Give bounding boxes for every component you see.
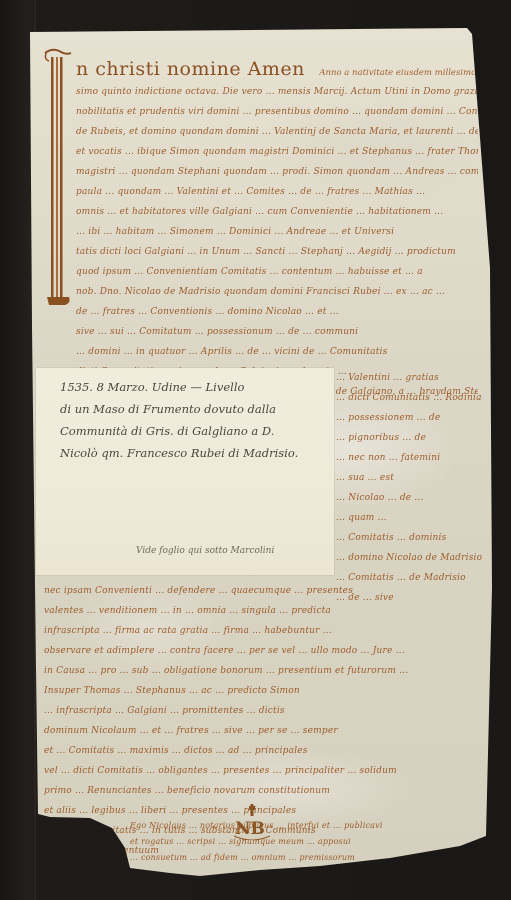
signum-monogram: NB — [235, 819, 265, 839]
manuscript-line: ... dicti Comunitatis ... Rodinia — [336, 388, 482, 408]
manuscript-line: nec ipsam Convenienti ... defendere ... … — [44, 581, 482, 601]
manuscript-line: quod ipsum ... Convenientiam Comitatis .… — [76, 262, 478, 282]
manuscript-line: et vocatis ... ibique Simon quondam magi… — [76, 142, 478, 162]
manuscript-line: omnis ... et habitatores ville Galgiani … — [76, 202, 478, 222]
manuscript-body: n christi nomine Amen Anno a nativitate … — [76, 58, 478, 402]
note-line: di un Maso di Frumento dovuto dalla — [60, 402, 276, 416]
subscription-line: et rogatus ... scripsi ... signumque meu… — [130, 834, 472, 850]
manuscript-line: Insuper Thomas ... Stephanus ... ac ... … — [44, 681, 482, 701]
manuscript-line: ... Comitatis ... dominis — [336, 528, 482, 548]
note-line: Nicolò qm. Francesco Rubei di Madrisio. — [60, 446, 298, 460]
notarial-signum-icon: NB — [232, 804, 272, 840]
pasted-archival-note: 1535. 8 Marzo. Udine — Livello di un Mas… — [36, 368, 334, 575]
note-line: 1535. 8 Marzo. Udine — Livello — [60, 380, 244, 394]
subscription-line: Ego Nicolaus ... notarius publicus ... i… — [130, 818, 472, 834]
manuscript-line: sive ... sui ... Comitatum ... possessio… — [76, 322, 478, 342]
heading-title: n christi nomine Amen — [76, 58, 305, 80]
manuscript-line: magistri ... quondam Stephani quondam ..… — [76, 162, 478, 182]
manuscript-line: ... pignoribus ... de — [336, 428, 482, 448]
manuscript-line: ... ibi ... habitam ... Simonem ... Domi… — [76, 222, 478, 242]
illuminated-initial-I — [43, 47, 73, 307]
manuscript-line: ... sua ... est — [336, 468, 482, 488]
note-signature: Vide foglio qui sotto Marcolini — [136, 546, 274, 556]
manuscript-line: ... nec non ... fatemini — [336, 448, 482, 468]
manuscript-line: primo ... Renunciantes ... beneficio nov… — [44, 781, 482, 801]
manuscript-line: simo quinto indictione octava. Die vero … — [76, 82, 478, 102]
manuscript-line: paula ... quondam ... Valentini et ... C… — [76, 182, 478, 202]
manuscript-line: ... infrascripta ... Galgiani ... promit… — [44, 701, 482, 721]
manuscript-line: infrascripta ... firma ac rata gratia ..… — [44, 621, 482, 641]
invocation-heading: n christi nomine Amen Anno a nativitate … — [76, 58, 478, 80]
manuscript-line: et ... Comitatis ... maximis ... dictos … — [44, 741, 482, 761]
note-line: Communità di Gris. di Galgliano a D. — [60, 424, 274, 438]
manuscript-line: ... Valentini ... gratias — [336, 368, 482, 388]
manuscript-line: ... quam ... — [336, 508, 482, 528]
manuscript-line: de Rubeis, et domino quondam domini ... … — [76, 122, 478, 142]
manuscript-line: nob. Dno. Nicolao de Madrisio quondam do… — [76, 282, 478, 302]
manuscript-line: nobilitatis et prudentis viri domini ...… — [76, 102, 478, 122]
manuscript-line: ... possessionem ... de — [336, 408, 482, 428]
manuscript-line: valentes ... venditionem ... in ... omni… — [44, 601, 482, 621]
manuscript-line: in Causa ... pro ... sub ... obligatione… — [44, 661, 482, 681]
manuscript-line: ... Nicolao ... de ... — [336, 488, 482, 508]
manuscript-line: ... domini ... in quatuor ... Aprilis ..… — [76, 342, 478, 362]
manuscript-line: de ... fratres ... Conventionis ... domi… — [76, 302, 478, 322]
manuscript-line: vel ... dicti Comitatis ... obligantes .… — [44, 761, 482, 781]
manuscript-line: observare et adimplere ... contra facere… — [44, 641, 482, 661]
text-right-of-note: ... Valentini ... gratias ... dicti Comu… — [336, 368, 482, 608]
manuscript-line: ... domino Nicolao de Madrisio — [336, 548, 482, 568]
manuscript-line: tatis dicti loci Galgiani ... in Unum ..… — [76, 242, 478, 262]
manuscript-line: dominum Nicolaum ... et ... fratres ... … — [44, 721, 482, 741]
